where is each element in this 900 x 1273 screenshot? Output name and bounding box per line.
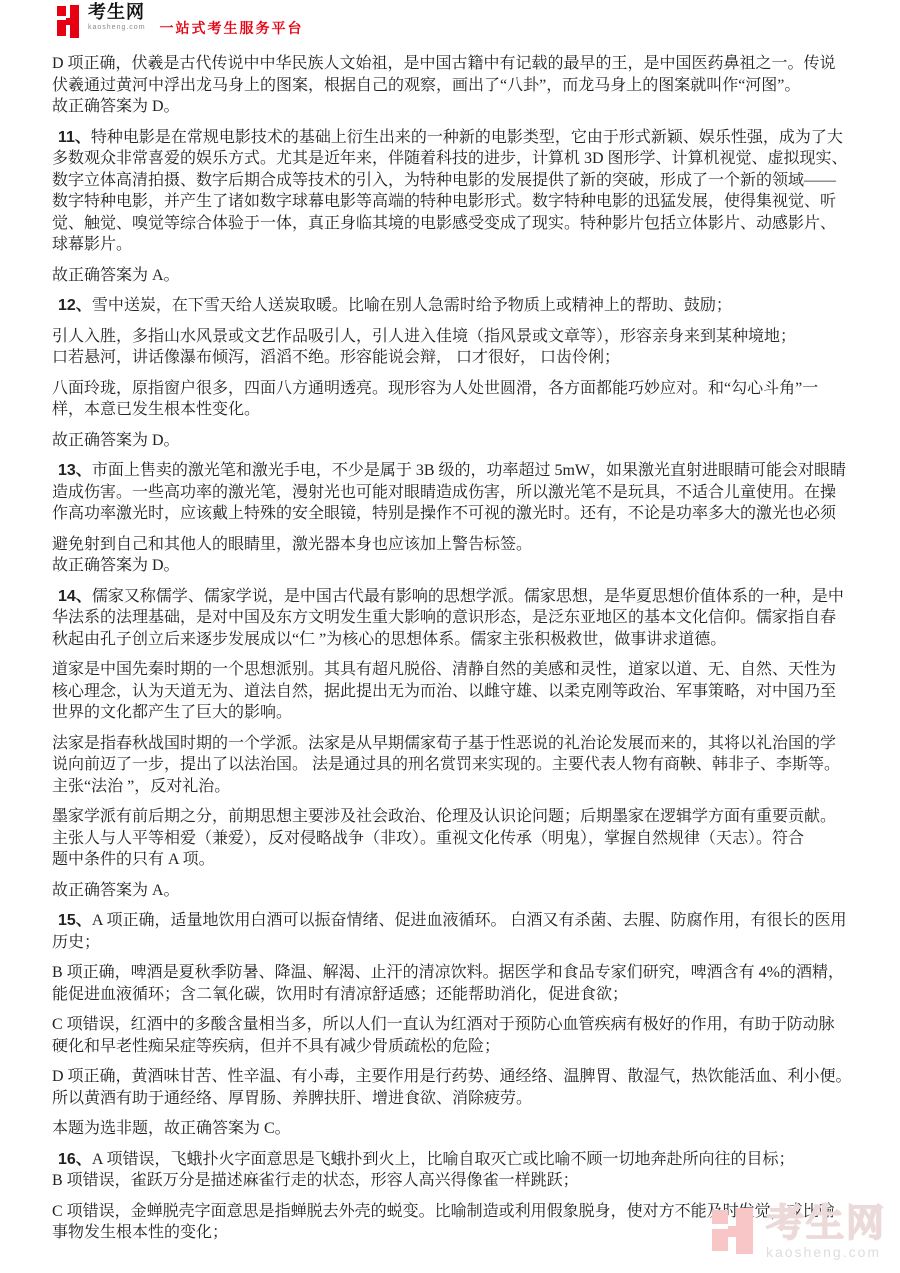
paragraph-number: 12、 bbox=[58, 297, 92, 314]
site-header: 考生网 kaosheng.com 一站式考生服务平台 bbox=[0, 0, 900, 45]
brand-name: 考生网 bbox=[88, 3, 146, 21]
paragraph: 14、儒家又称儒学、儒家学说，是中国古代最有影响的思想学派。儒家思想，是华夏思想… bbox=[52, 586, 852, 651]
paragraph-number: 16、 bbox=[58, 1151, 92, 1168]
kaosheng-logo: 考生网 kaosheng.com bbox=[57, 3, 146, 39]
paragraph: 法家是指春秋战国时期的一个学派。法家是从早期儒家荀子基于性恶说的礼治论发展而来的… bbox=[52, 733, 852, 798]
paragraph: 墨家学派有前后期之分，前期思想主要涉及社会政治、伦理及认识论问题；后期墨家在逻辑… bbox=[52, 806, 852, 871]
brand-domain: kaosheng.com bbox=[88, 24, 146, 31]
paragraph: 16、A 项错误，飞蛾扑火字面意思是飞蛾扑到火上，比喻自取灭亡或比喻不顾一切地奔… bbox=[52, 1149, 852, 1192]
paragraph: 12、雪中送炭，在下雪天给人送炭取暖。比喻在别人急需时给予物质上或精神上的帮助、… bbox=[52, 295, 852, 317]
paragraph-number: 15、 bbox=[58, 912, 92, 929]
paragraph: 引人入胜，多指山水风景或文艺作品吸引人，引人进入佳境（指风景或文章等），形容亲身… bbox=[52, 326, 852, 369]
paragraph: 故正确答案为 A。 bbox=[52, 880, 852, 902]
brand-text-block: 考生网 kaosheng.com bbox=[88, 3, 146, 31]
paragraph: C 项错误，金蝉脱壳字面意思是指蝉脱去外壳的蜕变。比喻制造或利用假象脱身，使对方… bbox=[52, 1201, 852, 1244]
paragraph-number: 14、 bbox=[58, 588, 92, 605]
paragraph: 避免射到自己和其他人的眼睛里，激光器本身也应该加上警告标签。 故正确答案为 D。 bbox=[52, 534, 852, 577]
watermark-brand-domain: kaosheng.com bbox=[766, 1245, 886, 1259]
paragraph: 故正确答案为 A。 bbox=[52, 265, 852, 287]
paragraph: D 项正确，伏羲是古代传说中中华民族人文始祖，是中国古籍中有记载的最早的王，是中… bbox=[52, 53, 852, 118]
paragraph: 13、市面上售卖的激光笔和激光手电，不少是属于 3B 级的，功率超过 5mW，如… bbox=[52, 460, 852, 525]
paragraph: 本题为选非题，故正确答案为 C。 bbox=[52, 1118, 852, 1140]
paragraph: 八面玲珑，原指窗户很多，四面八方通明透亮。现形容为人处世圆滑，各方面都能巧妙应对… bbox=[52, 378, 852, 421]
paragraph: B 项正确，啤酒是夏秋季防暑、降温、解渴、止汗的清凉饮料。据医学和食品专家们研究… bbox=[52, 962, 852, 1005]
paragraph: C 项错误，红酒中的多酸含量相当多，所以人们一直认为红酒对于预防心血管疾病有极好… bbox=[52, 1014, 852, 1057]
paragraph: 15、A 项正确，适量地饮用白酒可以振奋情绪、促进血液循环。 白酒又有杀菌、去腥… bbox=[52, 910, 852, 953]
paragraph: D 项正确，黄酒味甘苦、性辛温、有小毒，主要作用是行药势、通经络、温脾胃、散湿气… bbox=[52, 1066, 852, 1109]
paragraph: 道家是中国先秦时期的一个思想派别。其具有超凡脱俗、清静自然的美感和灵性，道家以道… bbox=[52, 659, 852, 724]
document-body: D 项正确，伏羲是古代传说中中华民族人文始祖，是中国古籍中有记载的最早的王，是中… bbox=[0, 45, 900, 1244]
site-tagline: 一站式考生服务平台 bbox=[160, 18, 304, 38]
document-page: 考生网 kaosheng.com 一站式考生服务平台 D 项正确，伏羲是古代传说… bbox=[0, 0, 900, 1273]
paragraph-number: 11、 bbox=[58, 129, 91, 146]
kaosheng-logo-icon bbox=[57, 5, 81, 39]
paragraph-number: 13、 bbox=[58, 462, 92, 479]
paragraph: 故正确答案为 D。 bbox=[52, 430, 852, 452]
paragraph: 11、特种电影是在常规电影技术的基础上衍生出来的一种新的电影类型，它由于形式新颖… bbox=[52, 127, 852, 256]
